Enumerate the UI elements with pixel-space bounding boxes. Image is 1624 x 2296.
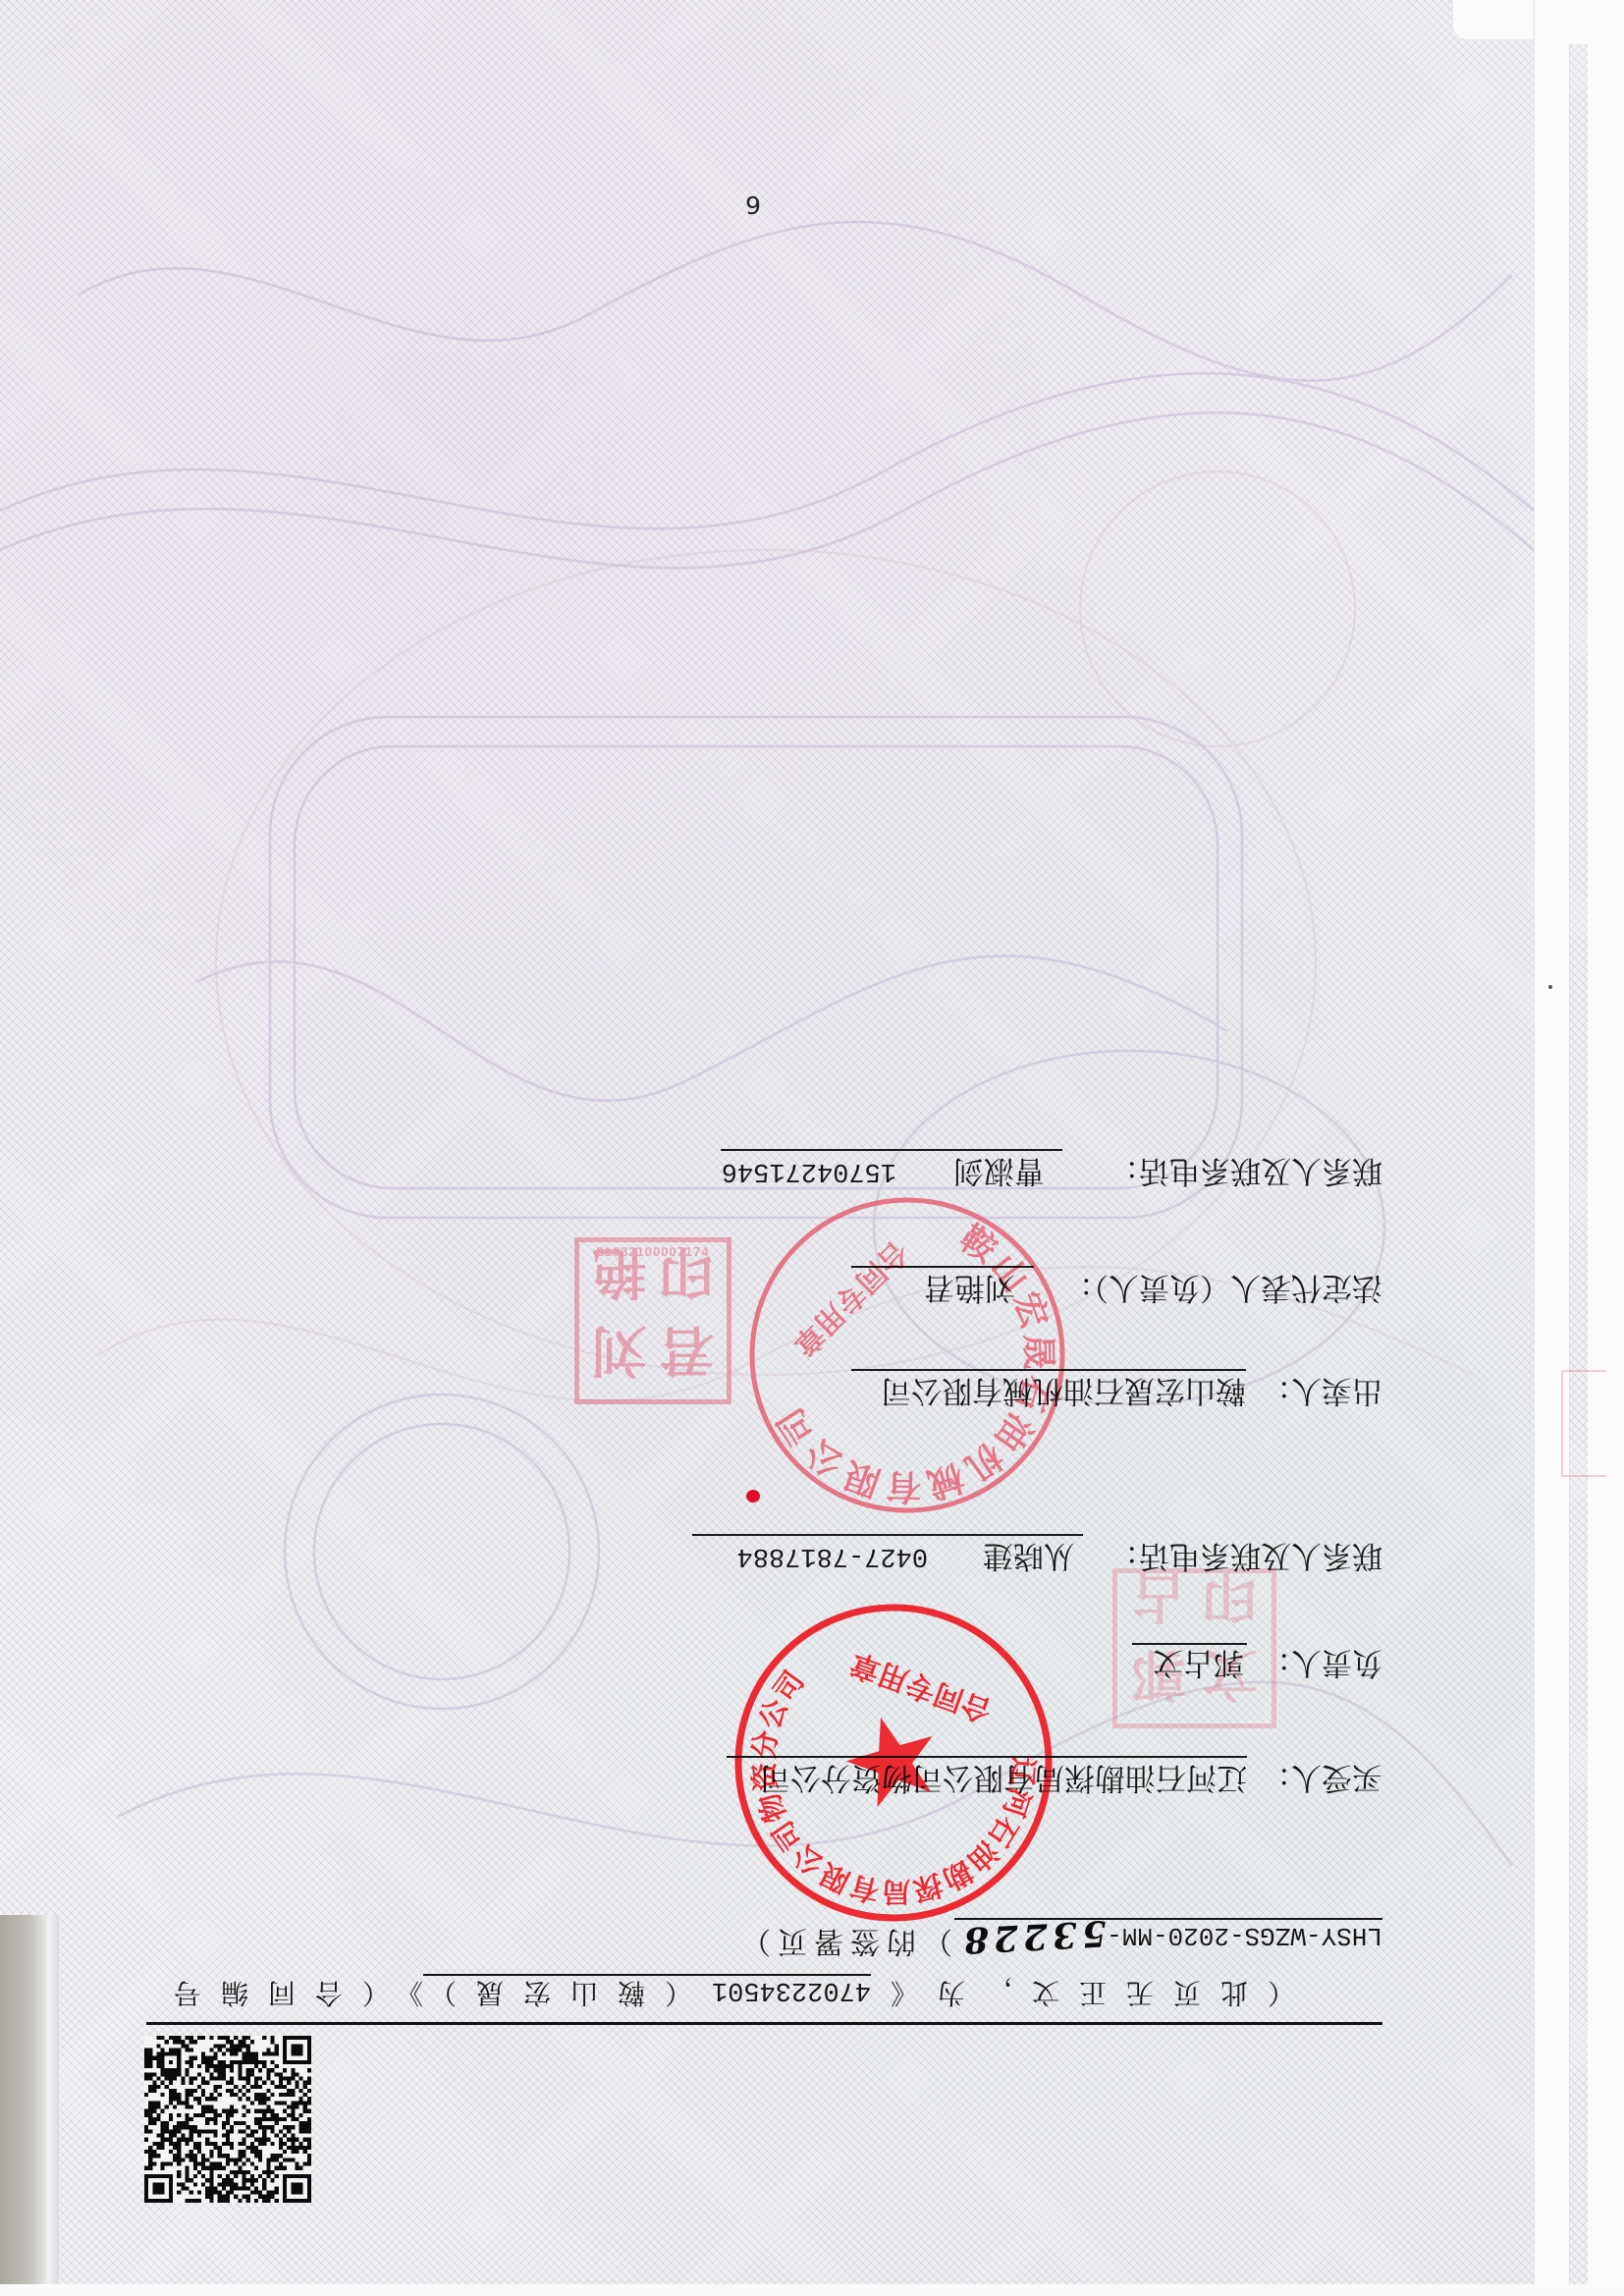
seller-rep-label: 法定代表人（负责人）： xyxy=(1063,1270,1383,1305)
note-suffix: 》（合同编号 xyxy=(154,1977,423,2009)
stamp-center-text: 合同专用章 xyxy=(846,1645,997,1727)
project-name: （鞍山宏晟） xyxy=(423,1977,692,2009)
page-number: 6 xyxy=(733,191,773,219)
signature-page-note-line2: LHSY-WZGS-2020-MM-53228）的签署页） xyxy=(734,1920,1382,1961)
header-rule xyxy=(146,2022,1382,2025)
svg-text:鞍山宏晟石油机械有限公司: 鞍山宏晟石油机械有限公司 xyxy=(764,1212,1123,1571)
signature-page-note-line1: （此页无正文，为《4702234501（鞍山宏晟）》（合同编号 xyxy=(154,1973,1295,2012)
seal-number: 21032100007174 xyxy=(579,1244,727,1259)
document-content: （此页无正文，为《4702234501（鞍山宏晟）》（合同编号 LHSY-WZG… xyxy=(0,0,1624,2296)
seal-char: 文 xyxy=(1195,1639,1267,1718)
seller-contact-label: 联系人及联系电话： xyxy=(1109,1153,1382,1188)
star-icon xyxy=(835,1712,948,1823)
scanned-page: （此页无正文，为《4702234501（鞍山宏晟）》（合同编号 LHSY-WZG… xyxy=(0,0,1624,2296)
seller-row: 出卖人： 鞍山宏晟石油机械有限公司 xyxy=(1261,1371,1382,1410)
stamp-center-text: 合同专用章 xyxy=(785,1233,914,1362)
seller-rep-row: 法定代表人（负责人）： 刘艳君 xyxy=(1063,1268,1383,1307)
buyer-row: 买受人： 辽河石油勘探局有限公司物资分公司 xyxy=(1261,1758,1382,1797)
seal-char: 占 xyxy=(1123,1560,1195,1639)
contract-number-field: LHSY-WZGS-2020-MM-53228 xyxy=(954,1918,1382,1961)
contract-number-printed: LHSY-WZGS-2020-MM- xyxy=(1107,1921,1382,1950)
note-prefix: （此页无正文，为《 xyxy=(871,1977,1295,2009)
seal-char: 刘 xyxy=(585,1315,653,1394)
contract-ref-number: 4702234501 xyxy=(712,1975,871,2004)
buyer-contact-name: 从晓建 xyxy=(983,1536,1074,1575)
buyer-contract-stamp: 辽河石油勘探局有限公司物资分公司 合同专用章 xyxy=(679,1549,1108,1977)
buyer-head-personal-seal: 郭 占 文 印 xyxy=(1112,1568,1276,1728)
buyer-head-row: 负责人： 郭占文 xyxy=(1261,1643,1382,1682)
seller-contact-row: 联系人及联系电话： 曹淑剑 15704271546 xyxy=(1109,1151,1382,1190)
stamp-arc-text: 鞍山宏晟石油机械有限公司 xyxy=(764,1212,1123,1571)
seller-label: 出卖人： xyxy=(1261,1373,1382,1408)
seal-char: 印 xyxy=(1195,1560,1267,1639)
contract-ref-underlined: 4702234501（鞍山宏晟） xyxy=(423,1974,871,2009)
ink-spot xyxy=(746,1490,760,1503)
seal-char: 郭 xyxy=(1123,1639,1195,1718)
buyer-head-label: 负责人： xyxy=(1261,1645,1382,1680)
qr-code xyxy=(144,2036,311,2203)
buyer-label: 买受人： xyxy=(1261,1760,1382,1795)
